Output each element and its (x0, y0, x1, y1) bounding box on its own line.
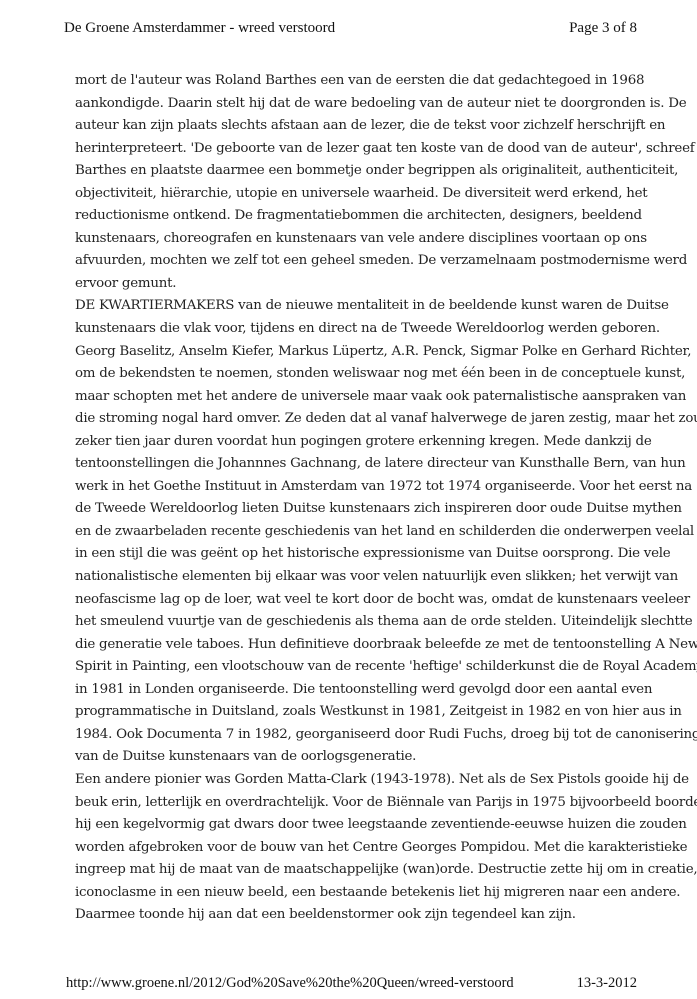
text-line: en de zwaarbeladen recente geschiedenis … (75, 521, 675, 544)
text-line: tentoonstellingen die Johannnes Gachnang… (75, 453, 675, 476)
text-line: kunstenaars die vlak voor, tijdens en di… (75, 318, 675, 341)
text-line: kunstenaars, choreografen en kunstenaars… (75, 228, 675, 251)
text-line: DE KWARTIERMAKERS van de nieuwe mentalit… (75, 295, 675, 318)
text-line: de Tweede Wereldoorlog lieten Duitse kun… (75, 498, 675, 521)
text-line: Georg Baselitz, Anselm Kiefer, Markus Lü… (75, 341, 675, 364)
text-line: Een andere pionier was Gorden Matta-Clar… (75, 769, 675, 792)
text-line: maar schopten met het andere de universe… (75, 386, 675, 409)
text-line: Spirit in Painting, een vlootschouw van … (75, 656, 675, 679)
page-indicator: Page 3 of 8 (569, 20, 637, 37)
text-line: reductionisme ontkend. De fragmentatiebo… (75, 205, 675, 228)
text-line: hij een kegelvormig gat dwars door twee … (75, 814, 675, 837)
text-line: herinterpreteert. 'De geboorte van de le… (75, 138, 675, 161)
text-line: objectiviteit, hiërarchie, utopie en uni… (75, 183, 675, 206)
text-line: worden afgebroken voor de bouw van het C… (75, 837, 675, 860)
text-line: werk in het Goethe Instituut in Amsterda… (75, 476, 675, 499)
text-line: ervoor gemunt. (75, 273, 675, 296)
article-body: mort de l'auteur was Roland Barthes een … (75, 70, 675, 927)
text-line: die stroming nogal hard omver. Ze deden … (75, 408, 675, 431)
text-line: Daarmee toonde hij aan dat een beeldenst… (75, 904, 675, 927)
text-line: in een stijl die was geënt op het histor… (75, 543, 675, 566)
text-line: afvuurden, mochten we zelf tot een gehee… (75, 250, 675, 273)
text-line: van de Duitse kunstenaars van de oorlogs… (75, 746, 675, 769)
text-line: het smeulend vuurtje van de geschiedenis… (75, 611, 675, 634)
text-line: in 1981 in Londen organiseerde. Die tent… (75, 679, 675, 702)
text-line: iconoclasme in een nieuw beeld, een best… (75, 882, 675, 905)
text-line: om de bekendsten te noemen, stonden weli… (75, 363, 675, 386)
text-line: Barthes en plaatste daarmee een bommetje… (75, 160, 675, 183)
text-line: die generatie vele taboes. Hun definitie… (75, 634, 675, 657)
text-line: auteur kan zijn plaats slechts afstaan a… (75, 115, 675, 138)
text-line: ingreep mat hij de maat van de maatschap… (75, 859, 675, 882)
text-line: zeker tien jaar duren voordat hun poging… (75, 431, 675, 454)
source-url: http://www.groene.nl/2012/God%20Save%20t… (66, 975, 514, 992)
text-line: beuk erin, letterlijk en overdrachtelijk… (75, 792, 675, 815)
print-date: 13-3-2012 (577, 975, 637, 992)
text-line: mort de l'auteur was Roland Barthes een … (75, 70, 675, 93)
document-header-title: De Groene Amsterdammer - wreed verstoord (64, 20, 335, 37)
text-line: programmatische in Duitsland, zoals West… (75, 701, 675, 724)
text-line: 1984. Ook Documenta 7 in 1982, georganis… (75, 724, 675, 747)
text-line: nationalistische elementen bij elkaar wa… (75, 566, 675, 589)
text-line: neofascisme lag op de loer, wat veel te … (75, 589, 675, 612)
text-line: aankondigde. Daarin stelt hij dat de war… (75, 93, 675, 116)
